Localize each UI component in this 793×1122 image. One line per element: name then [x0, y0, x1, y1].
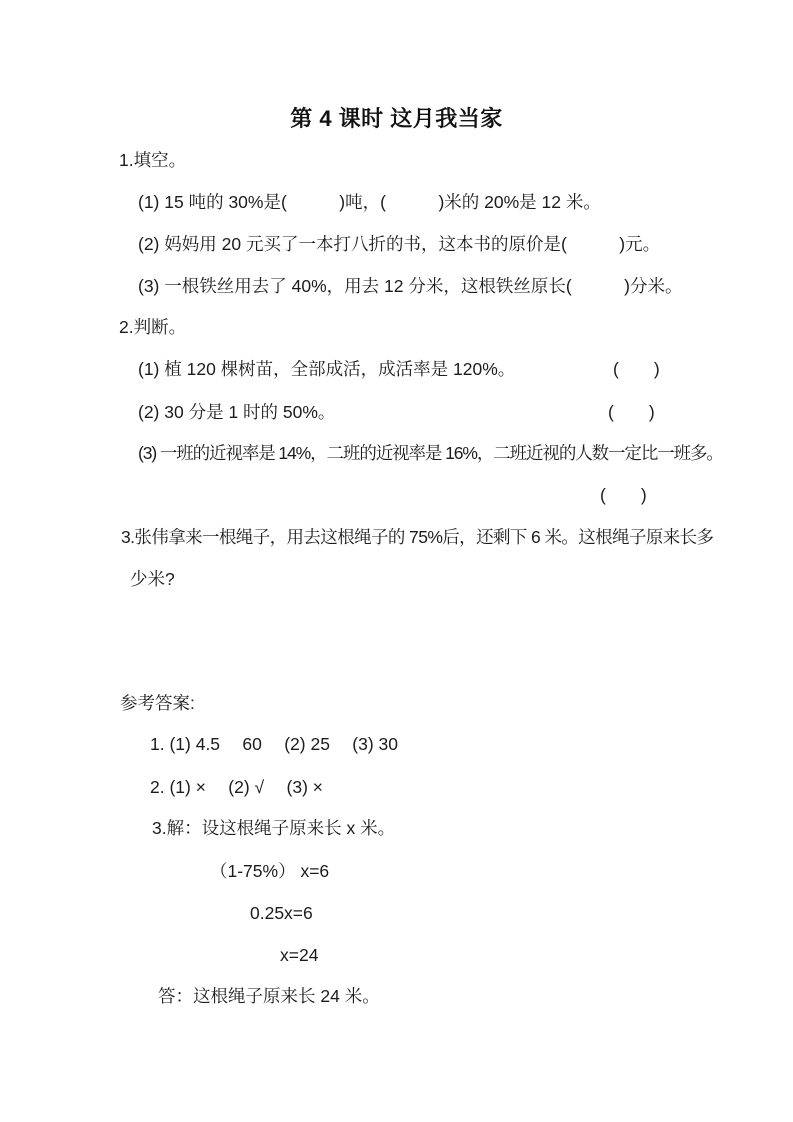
q2-item-2-answer-blank: ( ): [608, 402, 655, 422]
answers-heading: 参考答案:: [120, 693, 195, 713]
answer-line-3: 3.解：设这根绳子原来长 x 米。: [152, 818, 395, 838]
answer-conclusion: 答：这根绳子原来长 24 米。: [158, 986, 380, 1006]
q2-item-3: (3) 一班的近视率是 14%，二班的近视率是 16%，二班近视的人数一定比一班…: [138, 443, 723, 463]
answer-line-1: 1. (1) 4.5 60 (2) 25 (3) 30: [150, 734, 398, 754]
q2-item-3-answer-blank: ( ): [600, 485, 647, 505]
q3-text-line2: 少米?: [130, 569, 175, 589]
q1-item-2: (2) 妈妈用 20 元买了一本打八折的书，这本书的原价是( )元。: [138, 234, 660, 254]
answer-equation-3: x=24: [280, 945, 318, 965]
q2-item-1: (1) 植 120 棵树苗，全部成活，成活率是 120%。: [138, 359, 515, 379]
worksheet-page: 第 4 课时 这月我当家 1.填空。 (1) 15 吨的 30%是( )吨，( …: [0, 0, 793, 1122]
answer-equation-1: （1-75%） x=6: [210, 861, 329, 881]
q2-item-1-answer-blank: ( ): [613, 359, 660, 379]
q2-item-2: (2) 30 分是 1 时的 50%。: [138, 402, 335, 422]
q1-item-1: (1) 15 吨的 30%是( )吨，( )米的 20%是 12 米。: [138, 192, 601, 212]
q3-text-line1: 3.张伟拿来一根绳子，用去这根绳子的 75%后，还剩下 6 米。这根绳子原来长多: [121, 527, 713, 547]
q2-heading: 2.判断。: [119, 317, 186, 337]
answer-line-2: 2. (1) × (2) √ (3) ×: [150, 777, 323, 797]
answer-equation-2: 0.25x=6: [250, 903, 313, 923]
page-title: 第 4 课时 这月我当家: [0, 102, 793, 133]
q1-item-3: (3) 一根铁丝用去了 40%，用去 12 分米，这根铁丝原长( )分米。: [138, 276, 682, 296]
q1-heading: 1.填空。: [119, 150, 186, 170]
